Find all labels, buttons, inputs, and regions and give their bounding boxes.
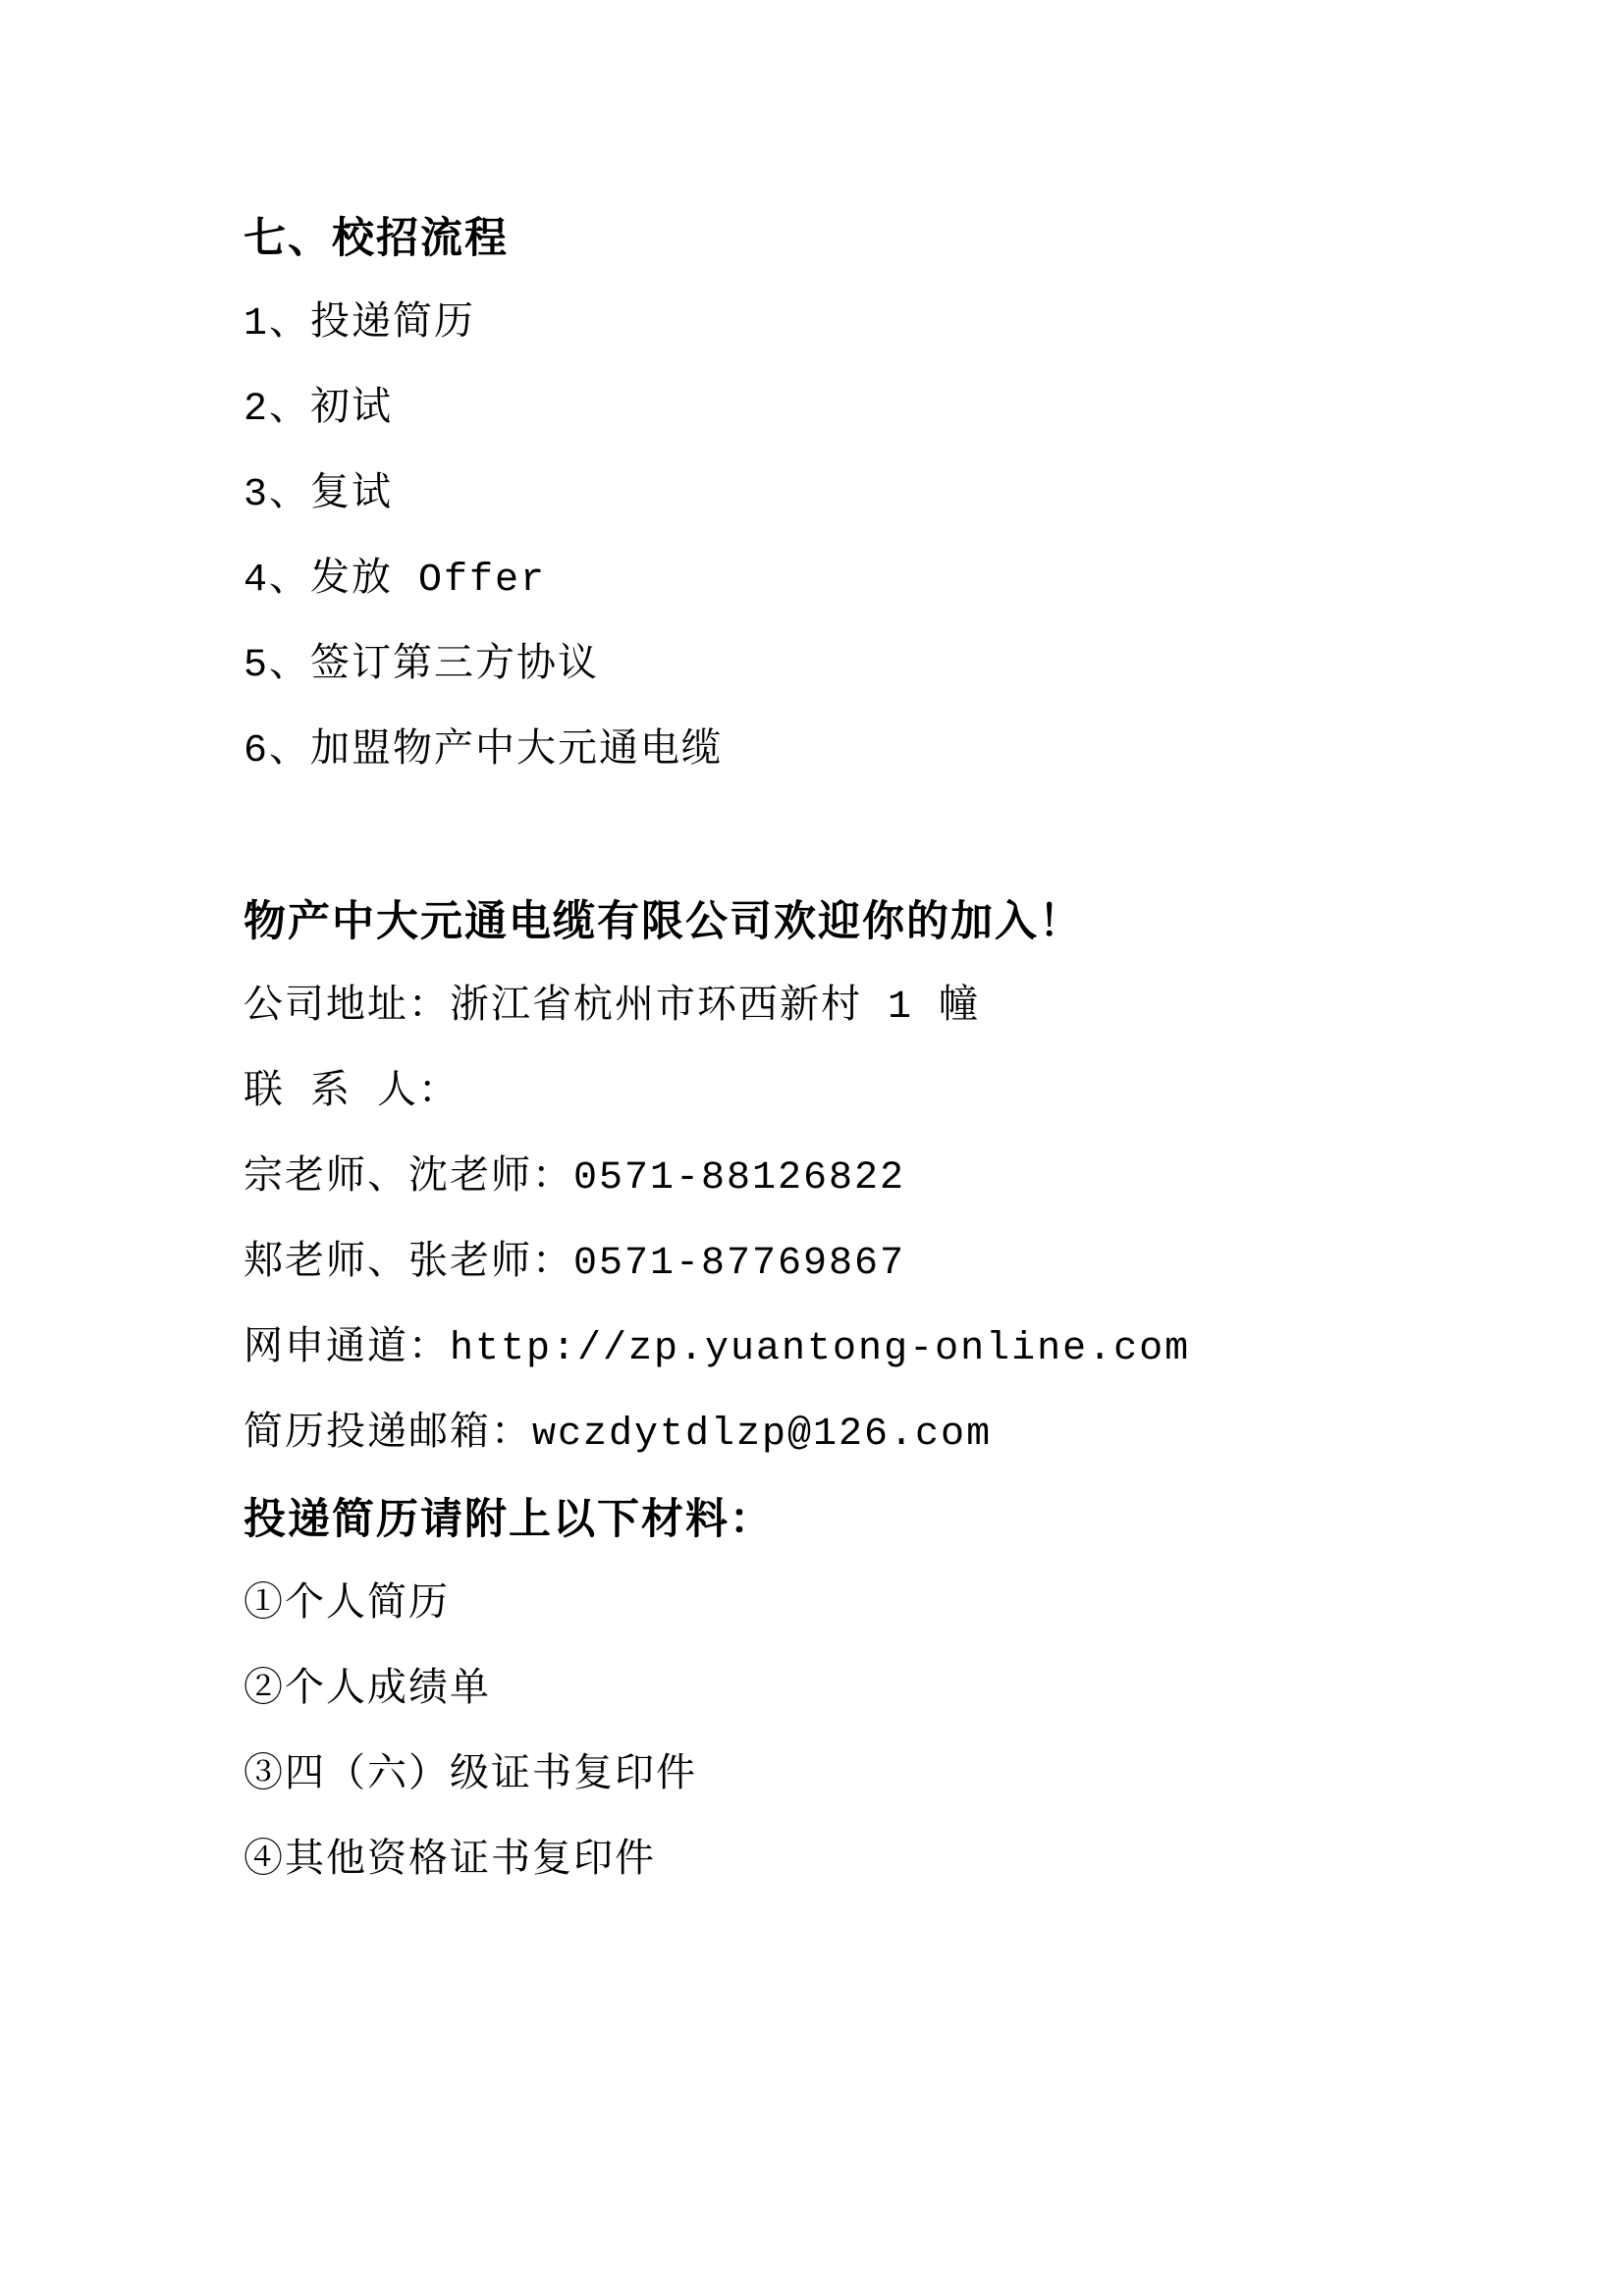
contact-person-label: 联 系 人： [244,1050,1380,1136]
material-item-1: ①个人简历 [244,1563,1380,1648]
process-step-4: 4、发放 Offer [244,538,1380,623]
material-item-2: ②个人成绩单 [244,1648,1380,1734]
process-step-2: 2、初试 [244,367,1380,453]
contact-line-1: 宗老师、沈老师：0571-88126822 [244,1136,1380,1221]
company-address-line: 公司地址：浙江省杭州市环西新村 1 幢 [244,965,1380,1050]
recruitment-process-heading: 七、校招流程 [244,196,1380,282]
contact-line-2: 郏老师、张老师：0571-87769867 [244,1221,1380,1307]
resume-email-line: 简历投递邮箱：wczdytdlzp@126.com [244,1392,1380,1477]
process-step-5: 5、签订第三方协议 [244,623,1380,709]
process-step-6: 6、加盟物产中大元通电缆 [244,709,1380,794]
document-page: 七、校招流程 1、投递简历 2、初试 3、复试 4、发放 Offer 5、签订第… [0,0,1624,2296]
process-step-3: 3、复试 [244,453,1380,538]
material-item-3: ③四（六）级证书复印件 [244,1734,1380,1819]
welcome-heading: 物产中大元通电缆有限公司欢迎你的加入！ [244,880,1380,965]
materials-heading: 投递简历请附上以下材料： [244,1477,1380,1563]
blank-line [244,794,1380,880]
online-application-line: 网申通道：http://zp.yuantong-online.com [244,1307,1380,1392]
process-step-1: 1、投递简历 [244,282,1380,367]
material-item-4: ④其他资格证书复印件 [244,1819,1380,1904]
